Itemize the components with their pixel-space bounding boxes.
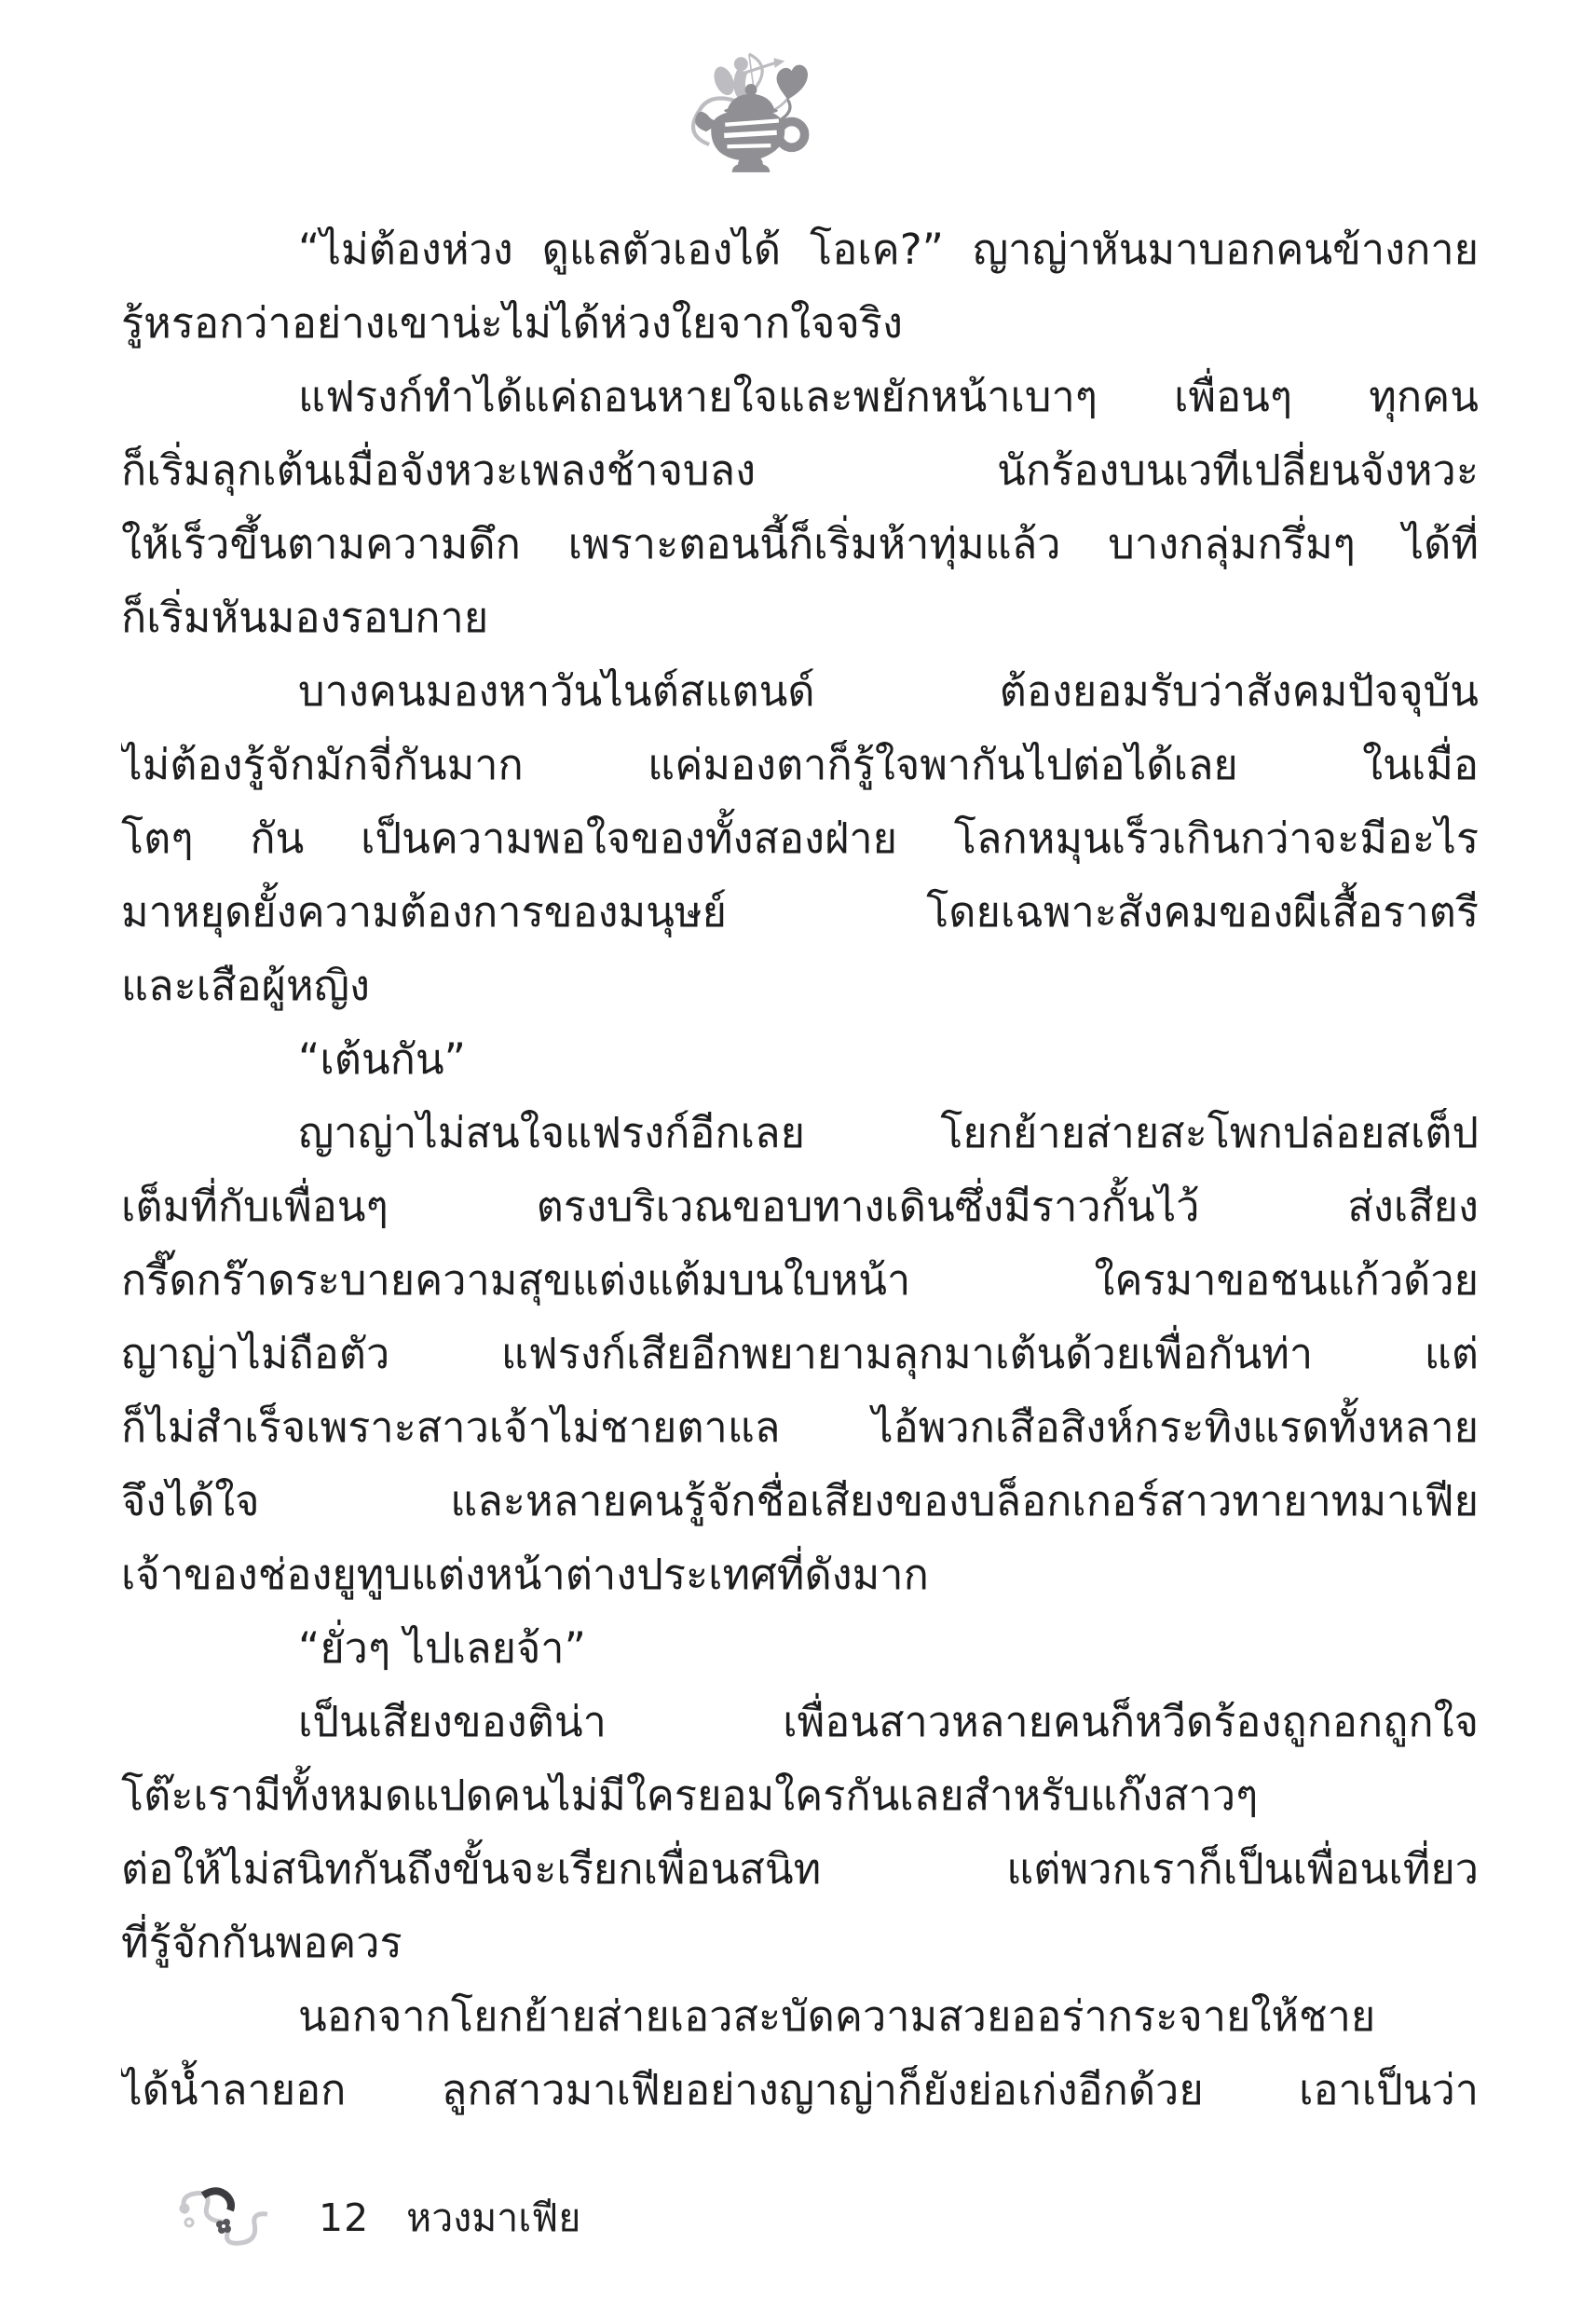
text-line: เจ้าของช่องยูทูบแต่งหน้าต่างประเทศที่ดัง… [121, 1538, 1479, 1611]
text-line: ญาญ่าไม่ถือตัว แฟรงก์เสียอีกพยายามลุกมาเ… [121, 1317, 1479, 1390]
text-line: โต๊ะเรามีทั้งหมดแปดคนไม่มีใครยอมใครกันเล… [121, 1758, 1479, 1832]
flower-detail [216, 2219, 231, 2234]
swirl-doodle-icon [175, 2183, 274, 2252]
book-title: หวงมาเฟีย [406, 2188, 580, 2249]
text-line: บางคนมองหาวันไนต์สแตนด์ ต้องยอมรับว่าสัง… [121, 654, 1479, 728]
text-line: ไม่ต้องรู้จักมักจี่กันมาก แค่มองตาก็รู้ใ… [121, 728, 1479, 801]
text-line: นอกจากโยกย้ายส่ายเอวสะบัดความสวยออร่ากระ… [121, 1979, 1479, 2053]
text-line: ให้เร็วขึ้นตามความดึก เพราะตอนนี้ก็เริ่ม… [121, 507, 1479, 581]
text-line: ก็ไม่สำเร็จเพราะสาวเจ้าไม่ชายตาแล ไอ้พวก… [121, 1390, 1479, 1464]
text-line: กรี๊ดกร๊าดระบายความสุขแต่งแต้มบนใบหน้า ใ… [121, 1243, 1479, 1317]
text-line: ที่รู้จักกันพอควร [121, 1906, 1479, 1979]
text-line: “ไม่ต้องห่วง ดูแลตัวเองได้ โอเค?” ญาญ่าห… [121, 212, 1479, 286]
text-line: ญาญ่าไม่สนใจแฟรงก์อีกเลย โยกย้ายส่ายสะโพ… [121, 1096, 1479, 1169]
text-line: จึงได้ใจ และหลายคนรู้จักชื่อเสียงของบล็อ… [121, 1464, 1479, 1538]
text-line: ก็เริ่มลุกเต้นเมื่อจังหวะเพลงช้าจบลง นัก… [121, 433, 1479, 507]
text-line: ก็เริ่มหันมองรอบกาย [121, 581, 1479, 654]
text-line: แฟรงก์ทำได้แค่ถอนหายใจและพยักหน้าเบาๆ เพ… [121, 360, 1479, 433]
text-line: และเสือผู้หญิง [121, 949, 1479, 1022]
text-line: ต่อให้ไม่สนิทกันถึงขั้นจะเรียกเพื่อนสนิท… [121, 1832, 1479, 1906]
text-line: “ยั่วๆ ไปเลยจ้า” [121, 1611, 1479, 1685]
text-line: “เต้นกัน” [121, 1022, 1479, 1096]
book-page: “ไม่ต้องห่วง ดูแลตัวเองได้ โอเค?” ญาญ่าห… [0, 0, 1596, 2311]
cupid-heart-genie-lamp-icon [691, 48, 811, 179]
text-line: เป็นเสียงของติน่า เพื่อนสาวหลายคนก็หวีดร… [121, 1685, 1479, 1758]
page-body-text: “ไม่ต้องห่วง ดูแลตัวเองได้ โอเค?” ญาญ่าห… [121, 212, 1479, 2126]
page-number: 12 [319, 2195, 369, 2240]
text-line: มาหยุดยั้งความต้องการของมนุษย์ โดยเฉพาะส… [121, 875, 1479, 949]
page-footer: 12 หวงมาเฟีย [175, 2179, 580, 2257]
text-line: เต็มที่กับเพื่อนๆ ตรงบริเวณขอบทางเดินซึ่… [121, 1169, 1479, 1243]
text-line: รู้หรอกว่าอย่างเขาน่ะไม่ได้ห่วงใยจากใจจร… [121, 286, 1479, 360]
text-line: โตๆ กัน เป็นความพอใจของทั้งสองฝ่าย โลกหม… [121, 801, 1479, 875]
text-line: ได้น้ำลายอก ลูกสาวมาเฟียอย่างญาญ่าก็ยังย… [121, 2053, 1479, 2126]
